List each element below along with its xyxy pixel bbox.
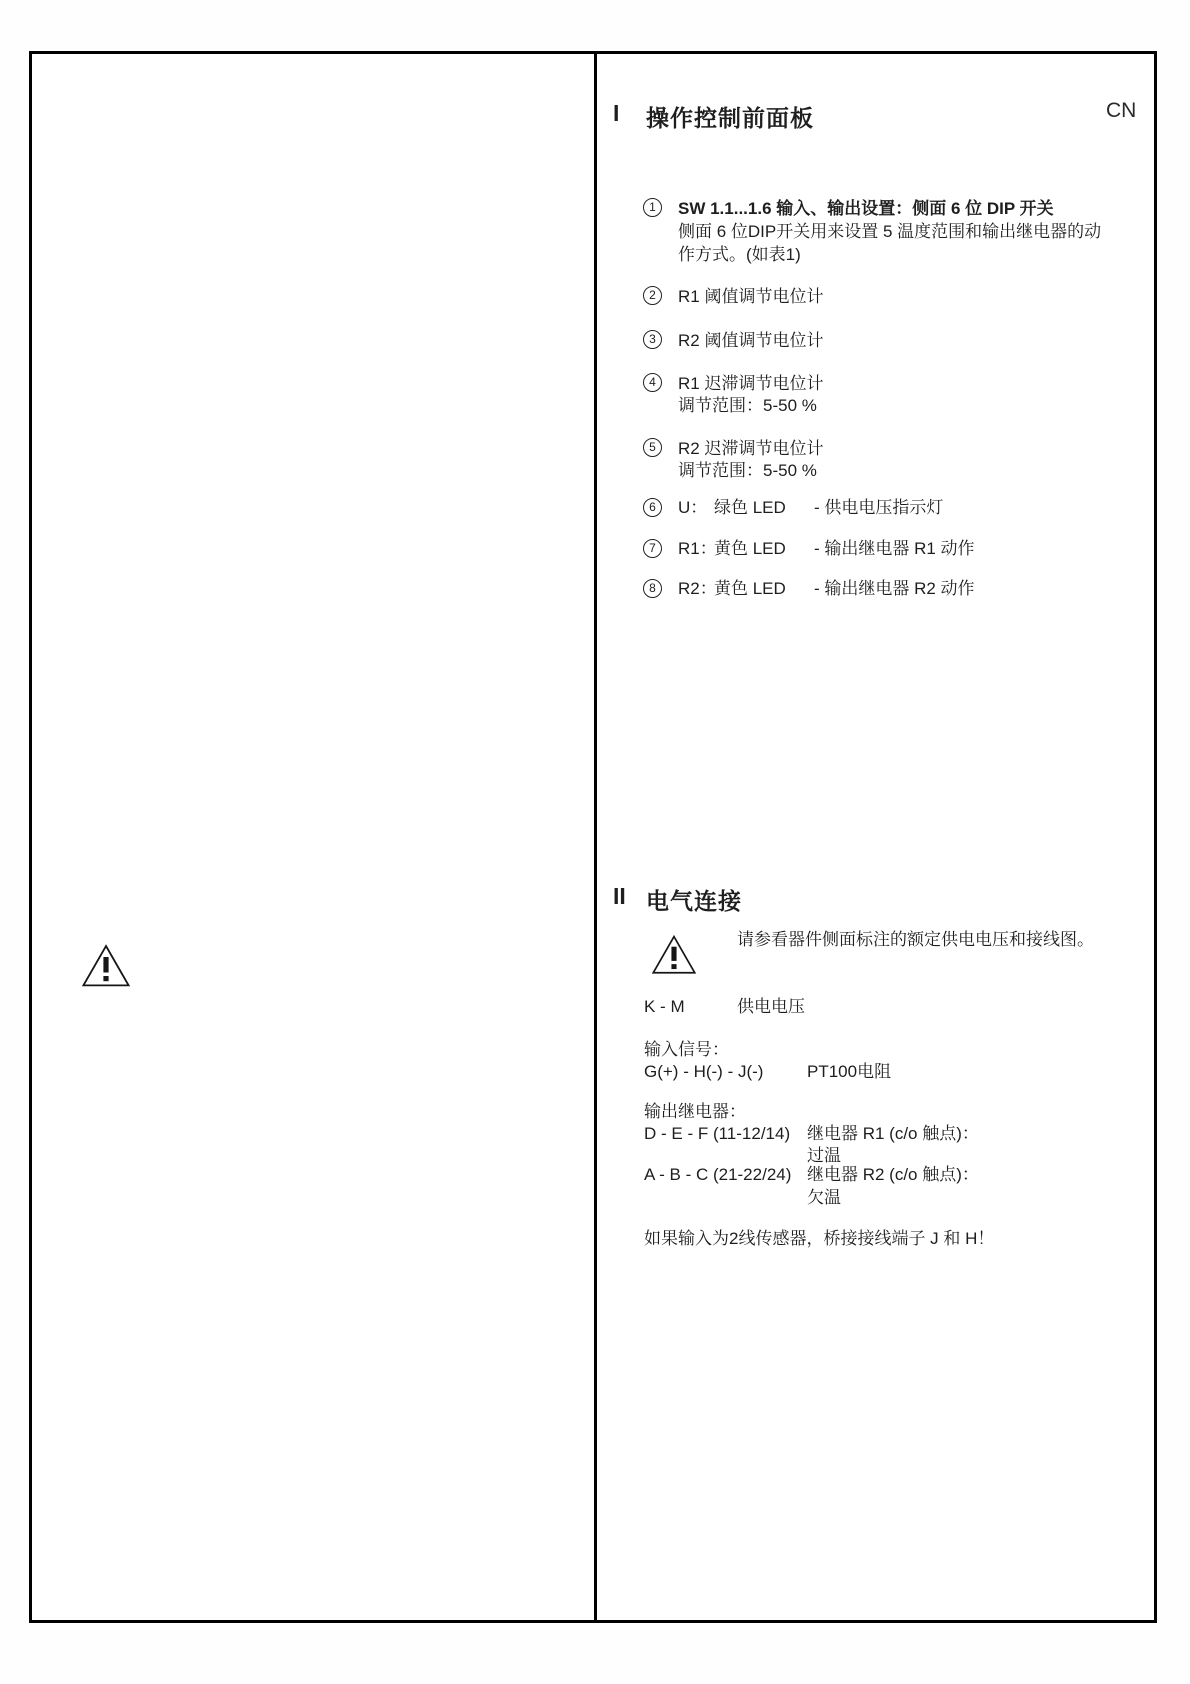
language-code: CN: [1106, 99, 1136, 123]
section1-marker: I: [613, 100, 619, 127]
led-color: 黄色 LED: [714, 538, 786, 560]
led-description: - 供电电压指示灯: [814, 497, 943, 519]
item-number-badge: 8: [643, 579, 662, 598]
item-text: R2 迟滞调节电位计: [678, 437, 823, 460]
item-subtext: 调节范围：5-50 %: [678, 459, 817, 482]
terminal-row-power: K - M 供电电压: [644, 996, 685, 1018]
terminal-description: 继电器 R1 (c/o 触点)：: [807, 1123, 979, 1145]
terminal-labels: D - E - F (11-12/14): [644, 1124, 790, 1143]
item-text-block: SW 1.1...1.6 输入、输出设置：侧面 6 位 DIP 开关 侧面 6 …: [678, 197, 1101, 266]
item-number-badge: 7: [643, 539, 662, 558]
led-label: R1：: [678, 538, 717, 560]
item-number-badge: 5: [643, 438, 662, 457]
terminal-labels: A - B - C (21-22/24): [644, 1165, 791, 1184]
item-number-badge: 6: [643, 498, 662, 517]
section1-title: 操作控制前面板: [646, 100, 814, 133]
led-color: 黄色 LED: [714, 578, 786, 600]
warning-icon: [82, 944, 130, 987]
item-number-badge: 2: [643, 286, 662, 305]
page-border-frame: [29, 51, 1157, 1623]
item-number-badge: 1: [643, 198, 662, 217]
item1-line1: 侧面 6 位DIP开关用来设置 5 温度范围和输出继电器的动: [678, 220, 1101, 243]
led-description: - 输出继电器 R1 动作: [814, 538, 975, 560]
item1-heading: SW 1.1...1.6 输入、输出设置：侧面 6 位 DIP 开关: [678, 197, 1101, 220]
led-label: U：: [678, 497, 707, 519]
item-number-badge: 3: [643, 330, 662, 349]
output-heading: 输出继电器：: [644, 1101, 746, 1123]
item-text: R1 阈值调节电位计: [678, 285, 823, 308]
warning-text: 请参看器件侧面标注的额定供电电压和接线图。: [737, 929, 1094, 951]
item-text: R1 迟滞调节电位计: [678, 372, 823, 395]
terminal-labels: G(+) - H(-) - J(-): [644, 1062, 763, 1081]
warning-icon: [652, 932, 696, 977]
item-number-badge: 4: [643, 373, 662, 392]
bridging-note: 如果输入为2线传感器，桥接接线端子 J 和 H！: [644, 1228, 994, 1250]
item1-line2: 作方式。(如表1): [678, 243, 1101, 266]
terminal-row-input: G(+) - H(-) - J(-) PT100电阻: [644, 1061, 763, 1083]
terminal-description: PT100电阻: [807, 1061, 891, 1083]
terminal-description: 供电电压: [737, 996, 805, 1018]
terminal-row-relay2: A - B - C (21-22/24) 继电器 R2 (c/o 触点)：: [644, 1164, 791, 1186]
led-description: - 输出继电器 R2 动作: [814, 578, 975, 600]
led-color: 绿色 LED: [714, 497, 786, 519]
led-label: R2：: [678, 578, 717, 600]
terminal-description: 继电器 R2 (c/o 触点)：: [807, 1164, 979, 1186]
column-divider: [594, 51, 597, 1623]
manual-page: I 操作控制前面板 CN 1 SW 1.1...1.6 输入、输出设置：侧面 6…: [0, 0, 1190, 1684]
item-text: R2 阈值调节电位计: [678, 329, 823, 352]
input-heading: 输入信号：: [644, 1039, 729, 1061]
relay2-function: 欠温: [807, 1187, 841, 1209]
section2-title: 电气连接: [646, 883, 742, 916]
section2-marker: II: [613, 883, 626, 910]
terminal-row-relay1: D - E - F (11-12/14) 继电器 R1 (c/o 触点)：: [644, 1123, 790, 1145]
item-subtext: 调节范围：5-50 %: [678, 394, 817, 417]
terminal-labels: K - M: [644, 997, 685, 1016]
